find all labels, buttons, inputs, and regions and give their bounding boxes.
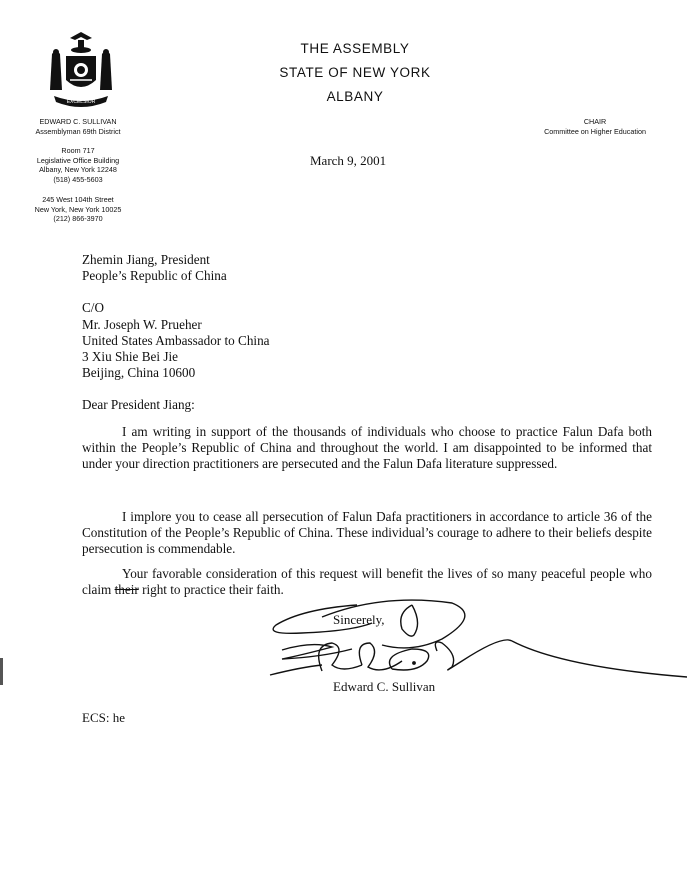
title-line: STATE OF NEW YORK [230, 61, 480, 85]
care-of-line: 3 Xiu Shie Bei Jie [82, 349, 270, 365]
address-line: Albany, New York 12248 [18, 165, 138, 175]
address-line: New York, New York 10025 [18, 205, 138, 215]
committee-name: Committee on Higher Education [505, 127, 685, 137]
title-line: ALBANY [230, 85, 480, 109]
title-line: THE ASSEMBLY [230, 37, 480, 61]
address-line: Room 717 [18, 146, 138, 156]
paragraph-1: I am writing in support of the thousands… [82, 424, 652, 472]
paragraph-2: I implore you to cease all persecution o… [82, 509, 652, 557]
member-role: Assemblyman 69th District [18, 127, 138, 137]
member-info: EDWARD C. SULLIVAN Assemblyman 69th Dist… [18, 117, 138, 136]
signer-name: Edward C. Sullivan [333, 679, 435, 695]
address-line: 245 West 104th Street [18, 195, 138, 205]
care-of-line: C/O [82, 300, 270, 316]
committee-title: CHAIR [505, 117, 685, 127]
closing: Sincerely, [333, 612, 385, 628]
letterhead-title: THE ASSEMBLY STATE OF NEW YORK ALBANY [230, 37, 480, 109]
svg-text:EXCELSIOR: EXCELSIOR [67, 99, 96, 105]
address-line: Legislative Office Building [18, 156, 138, 166]
typist-initials: ECS: he [82, 710, 125, 726]
letter-date: March 9, 2001 [310, 153, 386, 169]
recipient-line: People’s Republic of China [82, 268, 270, 284]
albany-office-address: Room 717 Legislative Office Building Alb… [18, 146, 138, 184]
state-seal-icon: EXCELSIOR [40, 30, 122, 112]
handwritten-signature-icon [262, 595, 687, 695]
recipient-address: Zhemin Jiang, President People’s Republi… [82, 252, 270, 414]
member-name: EDWARD C. SULLIVAN [18, 117, 138, 127]
scan-edge-mark [0, 658, 3, 685]
care-of-line: Beijing, China 10600 [82, 365, 270, 381]
paragraph-3: Your favorable consideration of this req… [82, 566, 652, 598]
care-of-line: United States Ambassador to China [82, 333, 270, 349]
committee-info: CHAIR Committee on Higher Education [505, 117, 685, 136]
phone-number: (518) 455-5603 [18, 175, 138, 185]
care-of-line: Mr. Joseph W. Prueher [82, 317, 270, 333]
district-office-address: 245 West 104th Street New York, New York… [18, 195, 138, 224]
salutation: Dear President Jiang: [82, 397, 270, 413]
phone-number: (212) 866-3970 [18, 214, 138, 224]
struck-word: their [115, 582, 139, 597]
recipient-line: Zhemin Jiang, President [82, 252, 270, 268]
